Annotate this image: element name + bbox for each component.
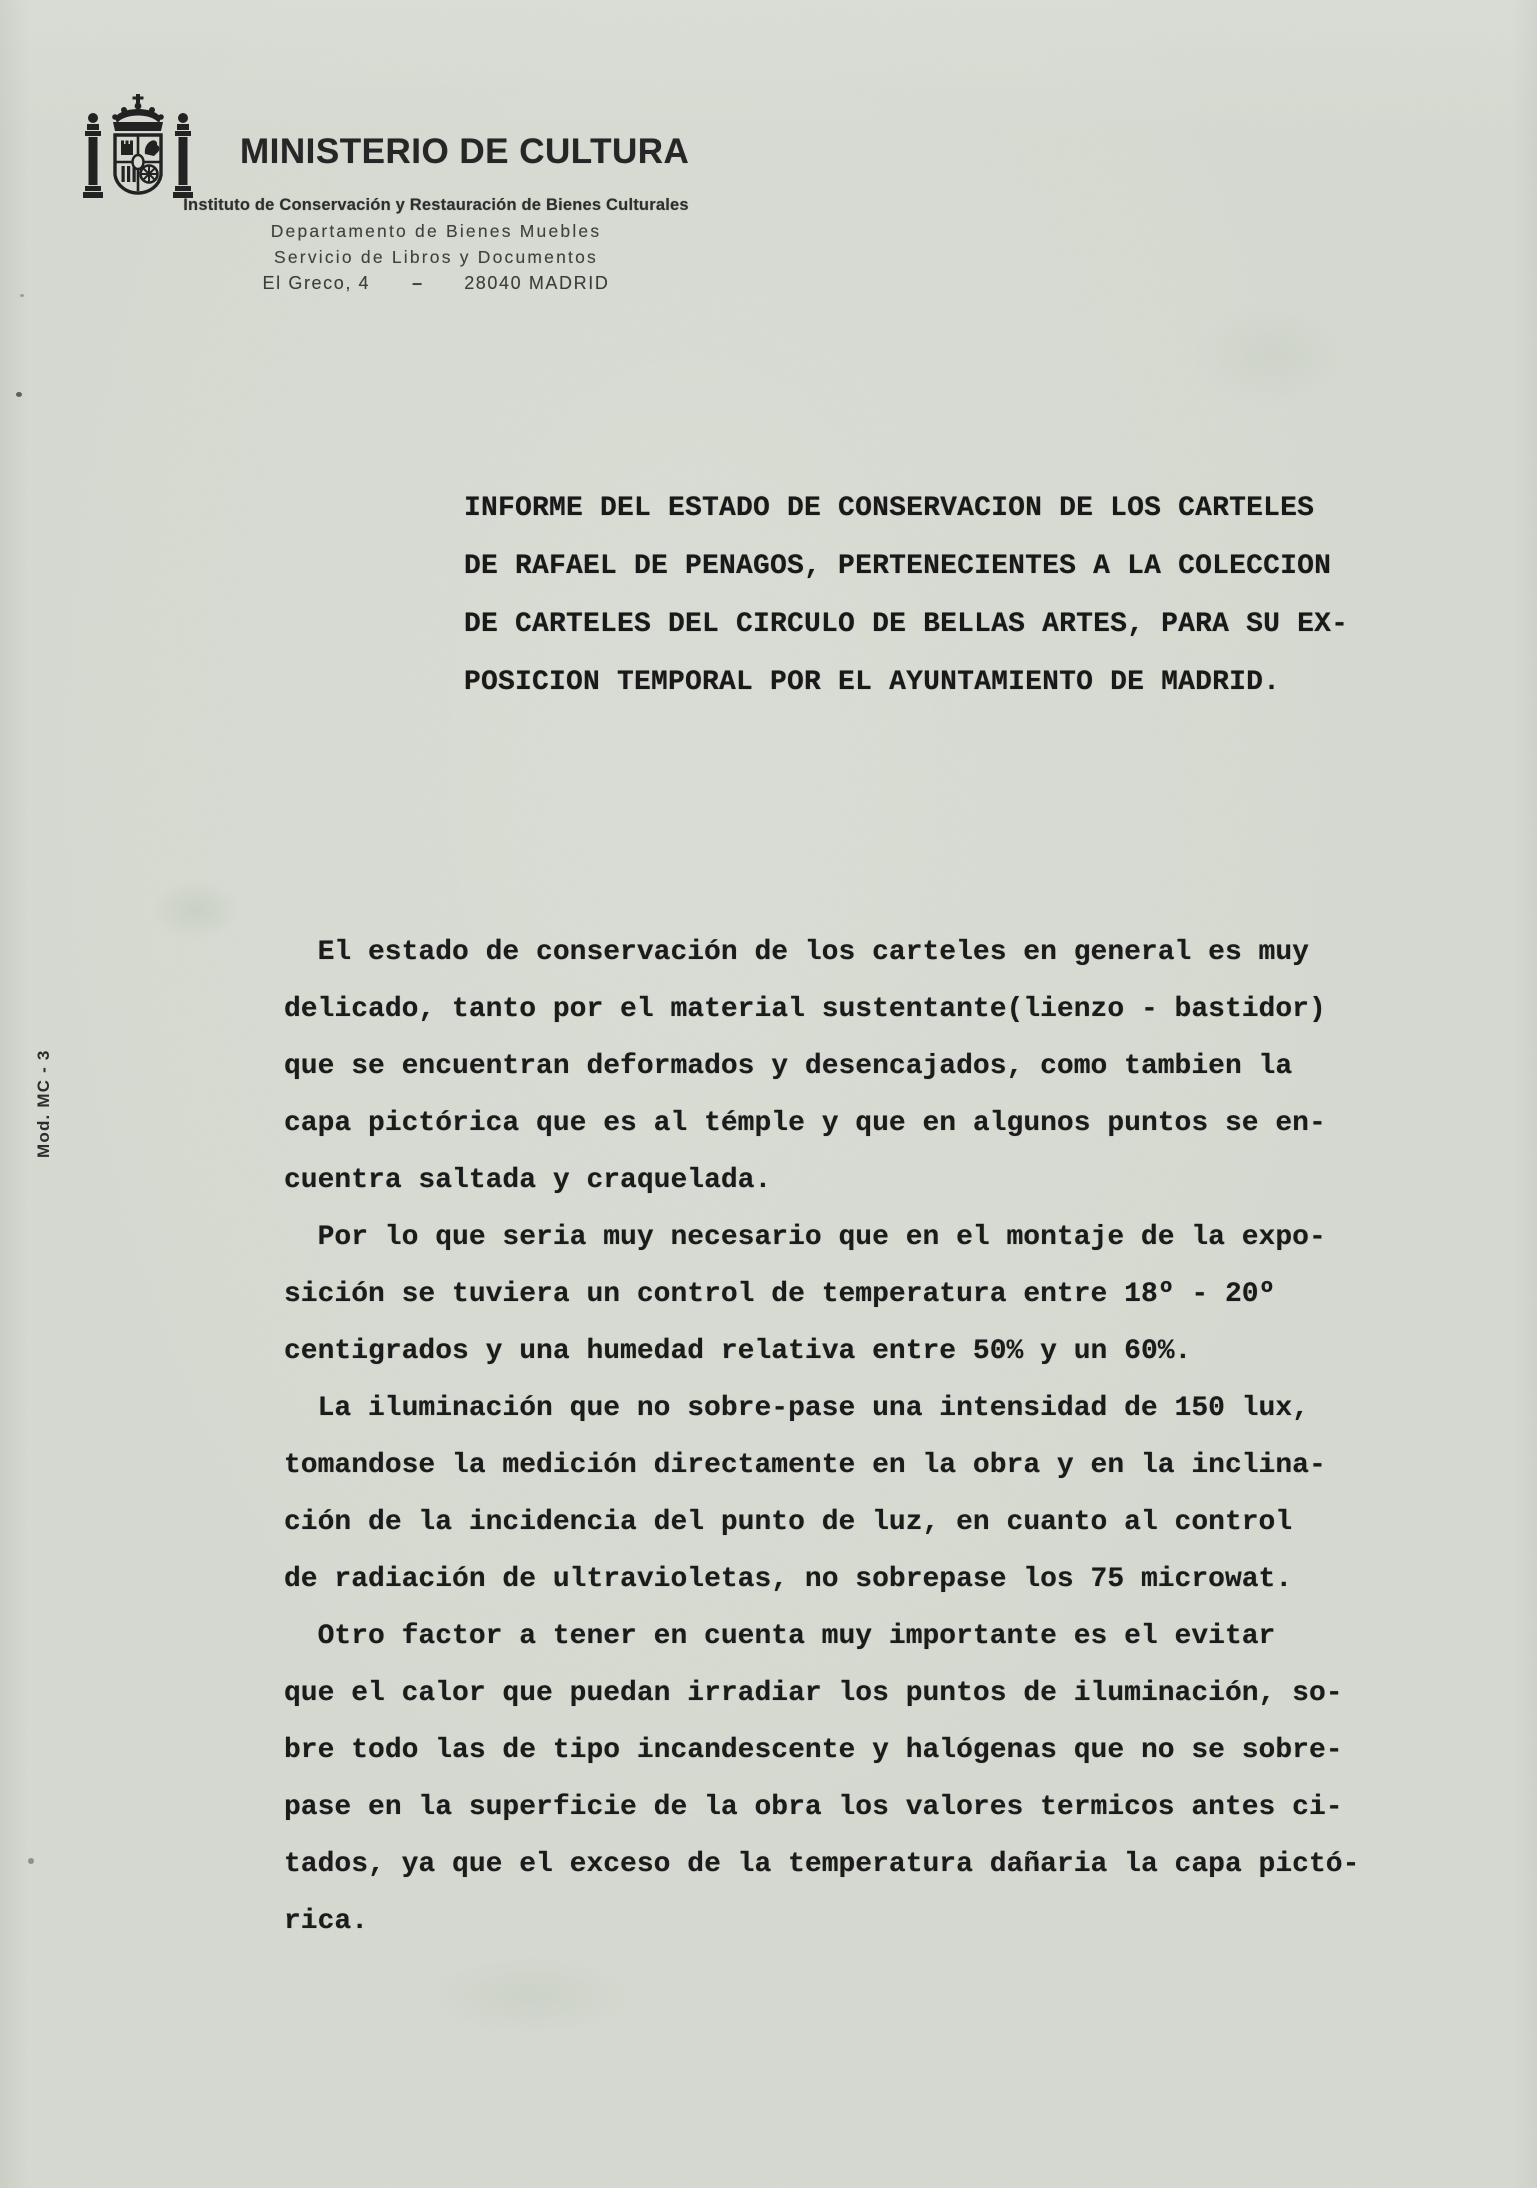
paragraph-4: Otro factor a tener en cuenta muy import… — [284, 1608, 1404, 1950]
body-line: rica. — [284, 1893, 1404, 1950]
org-line-service: Servicio de Libros y Documentos — [168, 247, 704, 268]
address-city: 28040 MADRID — [464, 273, 609, 294]
org-line-department: Departamento de Bienes Muebles — [168, 221, 704, 242]
form-code-vertical-label: Mod. MC - 3 — [34, 1049, 54, 1158]
body-line: cuentra saltada y craquelada. — [284, 1152, 1404, 1209]
paper-stain — [420, 1950, 640, 2040]
ministry-title: MINISTERIO DE CULTURA — [240, 132, 689, 172]
paper-stain — [1190, 300, 1350, 410]
body-line: pase en la superficie de la obra los val… — [284, 1779, 1404, 1836]
body-line: La iluminación que no sobre-pase una int… — [284, 1380, 1404, 1437]
body-line: tados, ya que el exceso de la temperatur… — [284, 1836, 1404, 1893]
body-line: bre todo las de tipo incandescente y hal… — [284, 1722, 1404, 1779]
body-line: de radiación de ultravioletas, no sobrep… — [284, 1551, 1404, 1608]
paragraph-1: El estado de conservación de los cartele… — [284, 924, 1404, 1209]
ink-speck — [20, 294, 24, 297]
address-separator-dash: – — [412, 273, 422, 294]
org-line-institute: Instituto de Conservación y Restauración… — [168, 196, 704, 215]
body-line: Por lo que seria muy necesario que en el… — [284, 1209, 1404, 1266]
paper-stain — [150, 880, 240, 940]
ink-speck — [16, 392, 22, 397]
body-line: capa pictórica que es al témple y que en… — [284, 1095, 1404, 1152]
report-title-line: POSICION TEMPORAL POR EL AYUNTAMIENTO DE… — [464, 654, 1348, 712]
letterhead-org-block: Instituto de Conservación y Restauración… — [168, 196, 704, 294]
body-line: que el calor que puedan irradiar los pun… — [284, 1665, 1404, 1722]
report-title-line: DE RAFAEL DE PENAGOS, PERTENECIENTES A L… — [464, 538, 1348, 596]
body-line: que se encuentran deformados y desencaja… — [284, 1038, 1404, 1095]
report-title-line: DE CARTELES DEL CIRCULO DE BELLAS ARTES,… — [464, 596, 1348, 654]
paragraph-3: La iluminación que no sobre-pase una int… — [284, 1380, 1404, 1608]
report-title-line: INFORME DEL ESTADO DE CONSERVACION DE LO… — [464, 480, 1348, 538]
paragraph-2: Por lo que seria muy necesario que en el… — [284, 1209, 1404, 1380]
ink-speck — [28, 1858, 34, 1864]
body-line: centigrados y una humedad relativa entre… — [284, 1323, 1404, 1380]
body-line: El estado de conservación de los cartele… — [284, 924, 1404, 981]
body-line: delicado, tanto por el material sustenta… — [284, 981, 1404, 1038]
body-line: ción de la incidencia del punto de luz, … — [284, 1494, 1404, 1551]
report-body: El estado de conservación de los cartele… — [284, 924, 1404, 1950]
body-line: sición se tuviera un control de temperat… — [284, 1266, 1404, 1323]
scanned-document-page: MINISTERIO DE CULTURA Instituto de Conse… — [0, 0, 1537, 2188]
report-title: INFORME DEL ESTADO DE CONSERVACION DE LO… — [464, 480, 1348, 712]
address-street: El Greco, 4 — [263, 273, 371, 294]
letterhead-address: El Greco, 4 – 28040 MADRID — [168, 273, 704, 294]
body-line: tomandose la medición directamente en la… — [284, 1437, 1404, 1494]
body-line: Otro factor a tener en cuenta muy import… — [284, 1608, 1404, 1665]
